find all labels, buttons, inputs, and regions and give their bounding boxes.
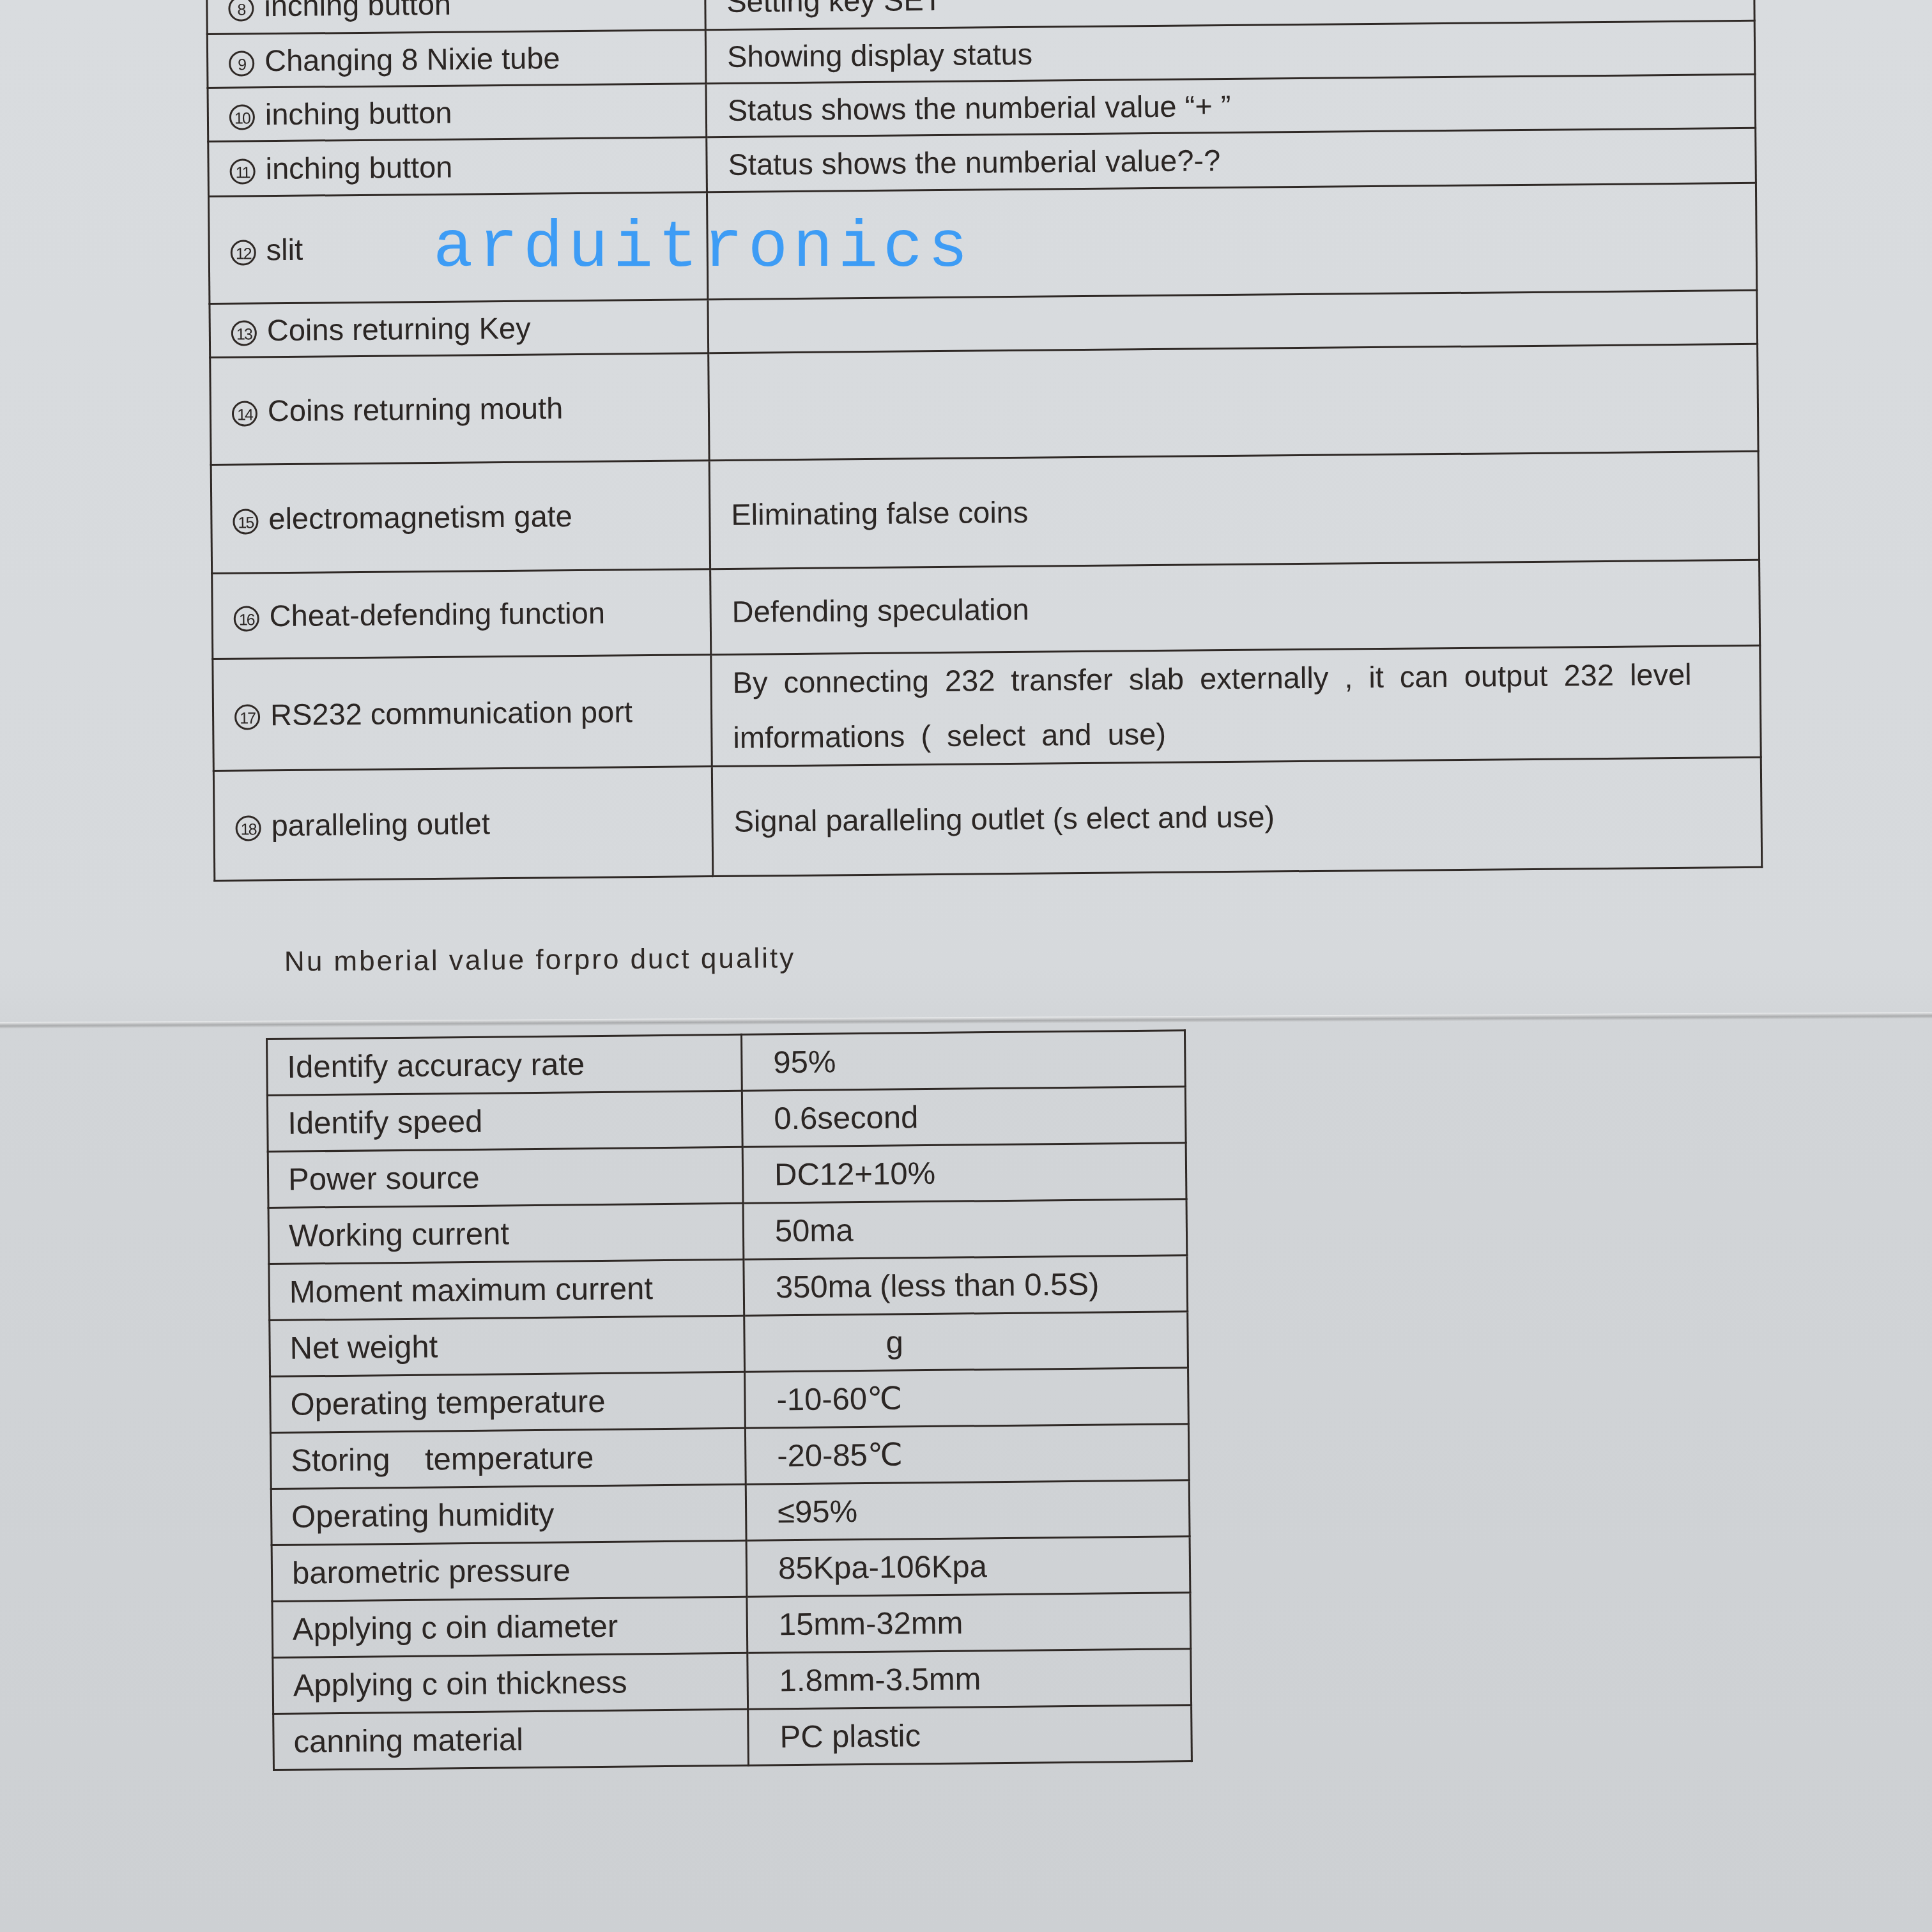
param-value: DC12+10% (742, 1143, 1186, 1204)
param-name: Power source (268, 1147, 743, 1207)
circled-number-icon: 10 (229, 104, 255, 130)
table-row: 18paralleling outlet Signal paralleling … (213, 757, 1761, 880)
param-value: -10-60℃ (745, 1368, 1189, 1429)
function-desc-cell: Defending speculation (710, 560, 1760, 654)
table-row: Net weightg (270, 1312, 1188, 1377)
function-name: Coins returning mouth (268, 391, 563, 427)
function-desc-cell: Status shows the numberial value “+ ” (706, 74, 1756, 137)
function-name-cell: 13Coins returning Key (210, 300, 709, 358)
function-desc-cell: Eliminating false coins (709, 451, 1759, 569)
function-name: inching button (264, 0, 451, 22)
function-name-cell: 18paralleling outlet (213, 767, 712, 881)
table-row: Working current50ma (268, 1199, 1187, 1264)
param-name: Operating humidity (271, 1484, 746, 1545)
quality-table: Identify accuracy rate95% Identify speed… (266, 1029, 1193, 1771)
function-name: inching button (265, 150, 452, 186)
circled-number-icon: 15 (233, 509, 258, 534)
param-value: 15mm-32mm (747, 1593, 1191, 1653)
param-name: Applying c oin thickness (273, 1653, 748, 1713)
param-name: Moment maximum current (269, 1259, 744, 1320)
table-row: Storing temperature-20-85℃ (270, 1424, 1189, 1489)
table-row: 14Coins returning mouth (210, 344, 1758, 464)
param-value: 95% (741, 1031, 1185, 1091)
watermark-text: arduitronics (433, 211, 973, 286)
function-name-cell: 15electromagnetism gate (211, 461, 710, 574)
param-value: ≤95% (746, 1480, 1190, 1541)
param-value: g (744, 1312, 1188, 1372)
function-name: paralleling outlet (271, 806, 490, 842)
table-row: Operating temperature-10-60℃ (270, 1368, 1189, 1433)
table-row: Moment maximum current350ma (less than 0… (269, 1255, 1188, 1321)
table-row: barometric pressure85Kpa-106Kpa (272, 1537, 1190, 1602)
table-row: canning materialPC plastic (273, 1705, 1192, 1770)
circled-number-icon: 9 (229, 50, 254, 76)
param-name: Applying c oin diameter (272, 1597, 747, 1657)
section-heading: Nu mberial value forpro duct quality (284, 942, 795, 978)
param-value: 50ma (743, 1199, 1187, 1260)
function-desc-cell: Showing display status (705, 20, 1755, 83)
table-row: 16Cheat-defending function Defending spe… (212, 560, 1760, 659)
circled-number-icon: 8 (228, 0, 254, 21)
function-desc-cell: Signal paralleling outlet (s elect and u… (712, 757, 1761, 876)
function-desc-cell: Status shows the numberial value?-? (707, 128, 1756, 192)
function-desc-cell: By connecting 232 transfer slab external… (711, 645, 1761, 766)
function-desc-cell (709, 344, 1758, 460)
param-value: -20-85℃ (745, 1424, 1189, 1485)
table-row: Identify accuracy rate95% (267, 1031, 1186, 1096)
param-value: 1.8mm-3.5mm (747, 1649, 1192, 1710)
circled-number-icon: 13 (231, 320, 257, 346)
param-name: Operating temperature (270, 1372, 746, 1432)
circled-number-icon: 16 (234, 606, 259, 631)
function-name-cell: 17RS232 communication port (213, 655, 712, 771)
document-page: 8inching button Setting key SET 9Changin… (0, 0, 1932, 1932)
param-name: canning material (273, 1709, 749, 1770)
param-name: Working current (268, 1203, 744, 1264)
param-name: Identify accuracy rate (267, 1034, 742, 1095)
circled-number-icon: 14 (232, 401, 257, 426)
circled-number-icon: 12 (231, 240, 256, 265)
table-row: Identify speed0.6second (267, 1087, 1186, 1152)
function-desc-cell (708, 290, 1758, 353)
function-table: 8inching button Setting key SET 9Changin… (206, 0, 1763, 882)
paper-fold-crease (0, 1012, 1932, 1029)
param-value: 0.6second (742, 1087, 1186, 1147)
circled-number-icon: 11 (229, 158, 255, 184)
function-name-cell: 11inching button (208, 137, 707, 197)
function-name: Cheat-defending function (269, 596, 605, 633)
table-row: 17RS232 communication port By connecting… (213, 645, 1761, 770)
function-name: RS232 communication port (270, 694, 632, 732)
param-name: Storing temperature (270, 1428, 746, 1489)
table-row: Applying c oin thickness1.8mm-3.5mm (273, 1649, 1192, 1714)
param-name: Identify speed (267, 1091, 742, 1151)
param-value: 85Kpa-106Kpa (746, 1537, 1190, 1597)
table-row: 15electromagnetism gate Eliminating fals… (211, 451, 1759, 573)
circled-number-icon: 18 (235, 815, 261, 841)
table-row: Operating humidity≤95% (271, 1480, 1190, 1545)
function-name-cell: 10inching button (208, 84, 707, 142)
table-row: Power sourceDC12+10% (268, 1143, 1186, 1208)
function-name-cell: 14Coins returning mouth (210, 353, 709, 465)
param-value: 350ma (less than 0.5S) (744, 1255, 1188, 1316)
function-name: inching button (265, 96, 452, 132)
function-name: slit (266, 233, 303, 266)
function-name: Changing 8 Nixie tube (264, 41, 560, 77)
function-name-cell: 9Changing 8 Nixie tube (207, 30, 706, 88)
function-name-cell: 8inching button (207, 0, 706, 34)
param-name: barometric pressure (272, 1540, 747, 1601)
param-value: PC plastic (748, 1705, 1192, 1766)
param-name: Net weight (270, 1315, 745, 1376)
function-name: electromagnetism gate (268, 499, 572, 535)
circled-number-icon: 17 (234, 704, 260, 730)
function-name-cell: 16Cheat-defending function (212, 569, 711, 659)
table-row: Applying c oin diameter15mm-32mm (272, 1593, 1191, 1658)
function-name: Coins returning Key (267, 311, 531, 348)
